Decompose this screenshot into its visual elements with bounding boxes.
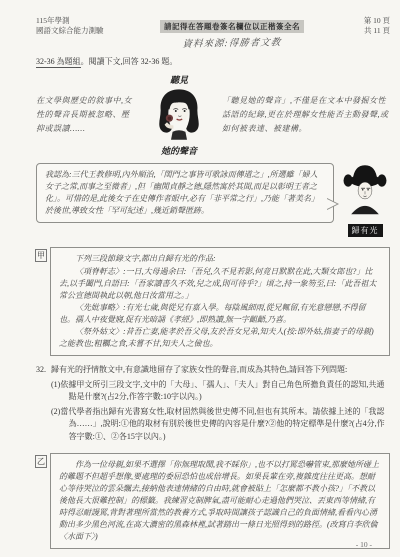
woman-illustration — [151, 87, 207, 143]
passage-jia-paragraph-2: 〈先妣事略〉:有光七歲,與從兄有嘉入學。每陰風細雨,從兄輒留,有光意戀戀,不得留… — [59, 302, 381, 326]
question-32-stem: 歸有光的抒情散文中,有意識地留存了家族女性的聲音,而成為其特色,請回答下列問題: — [51, 364, 390, 377]
guiyouguang-portrait-illustration — [342, 163, 388, 215]
current-page-label: 第 10 頁 — [332, 16, 390, 26]
passage-yi-text: 作為一位母親,如果不選擇「你無理取鬧,我不睬你」,也不以打罵恐嚇管束,那麼她所碰… — [59, 459, 381, 543]
speech-bubble-text: 我認為:三代王教修明,內外順治,「閨門之事皆可歌詠而傳道之」,所選雖「婦人女子之… — [45, 169, 325, 217]
total-page-label: 共 11 頁 — [332, 26, 390, 36]
group-instruction-rest: 。閱讀下文,回答 32-36 題。 — [81, 57, 178, 66]
exam-title-block: 115年學測 國語文綜合能力測驗 — [36, 16, 132, 36]
page-number-block: 第 10 頁 共 11 頁 — [332, 16, 390, 36]
group-range: 32-36 為題組 — [36, 57, 81, 68]
footer-page-number: - 10 - — [356, 540, 372, 549]
illustration-title-bottom: 她的聲音 — [146, 144, 212, 157]
passage-jia-intro: 下列三段節錄文字,都出自歸有光的作品: — [59, 253, 381, 265]
question-32-sub-1: (1)依據甲文所引三段文字,文中的「大母」、「孺人」、「夫人」對自己角色所擔負責… — [51, 379, 390, 404]
intro-section: 在文學與歷史的敘事中,女性的聲音長期被忽略、壓抑或誤讀…… 聽見 她的聲音 「聽… — [36, 73, 390, 157]
speech-bubble-tail — [327, 198, 345, 210]
speech-bubble: 我認為:三代王教修明,內外順治,「閨門之事皆可歌詠而傳道之」,所選雖「婦人女子之… — [36, 163, 334, 223]
handwritten-source-note: 資料來源:得勝者文教 — [131, 33, 333, 50]
question-32-number: 32. — [36, 364, 51, 445]
passage-jia-box: 下列三段節錄文字,都出自歸有光的作品: 〈項脊軒志〉:一日,大母過余曰:「吾兒,… — [50, 247, 390, 356]
exam-page: 115年學測 國語文綜合能力測驗 請記得在答題卷簽名欄位以正楷簽全名 資料來源:… — [0, 0, 400, 557]
exam-subject: 國語文綜合能力測驗 — [36, 26, 132, 36]
page-header: 115年學測 國語文綜合能力測驗 請記得在答題卷簽名欄位以正楷簽全名 資料來源:… — [36, 16, 390, 49]
intro-right-text: 「聽見她的聲音」,不僅是在文本中發掘女性話語的紀錄,更在於理解女性能否主動發聲,… — [222, 94, 390, 136]
exam-year: 115年學測 — [36, 16, 132, 26]
passage-yi-box: 作為一位母親,如果不選擇「你無理取鬧,我不睬你」,也不以打罵恐嚇管束,那麼她所碰… — [50, 453, 390, 549]
passage-yi-label: 乙 — [35, 455, 47, 468]
question-32-body: 歸有光的抒情散文中,有意識地留存了家族女性的聲音,而成為其特色,請回答下列問題:… — [51, 364, 390, 445]
question-32-sub-2: (2)當代學者指出歸有光書寫女性,取材固然與後世史傳不同,但也有其所本。請依據上… — [51, 406, 390, 444]
passage-jia-section: 甲 下列三段節錄文字,都出自歸有光的作品: 〈項脊軒志〉:一日,大母過余曰:「吾… — [50, 247, 390, 356]
passage-jia-paragraph-1: 〈項脊軒志〉:一日,大母過余曰:「吾兒,久不見若影,何竟日默默在此,大類女郎也?… — [59, 266, 381, 302]
passage-jia-label: 甲 — [35, 249, 47, 262]
question-32: 32. 歸有光的抒情散文中,有意識地留存了家族女性的聲音,而成為其特色,請回答下… — [36, 364, 390, 445]
intro-left-text: 在文學與歷史的敘事中,女性的聲音長期被忽略、壓抑或誤讀…… — [36, 94, 136, 136]
signature-reminder: 請記得在答題卷簽名欄位以正楷簽全名 — [160, 20, 304, 33]
passage-jia-paragraph-3: 〈祭外姑文〉:昔吾亡妻,能孝於吾父母,友於吾女兄弟,知夫人(按:即外姑,指妻子的… — [59, 326, 381, 350]
passage-yi-section: 乙 作為一位母親,如果不選擇「你無理取鬧,我不睬你」,也不以打罵恐嚇管束,那麼她… — [50, 453, 390, 549]
speaker-portrait-block: 歸有光 — [340, 163, 390, 238]
illustration-title-top: 聽見 — [146, 73, 212, 86]
header-center: 請記得在答題卷簽名欄位以正楷簽全名 資料來源:得勝者文教 — [132, 16, 332, 49]
speaker-name-label: 歸有光 — [348, 224, 383, 237]
author-statement-section: 我認為:三代王教修明,內外順治,「閨門之事皆可歌詠而傳道之」,所選雖「婦人女子之… — [36, 163, 390, 238]
question-group-instruction: 32-36 為題組。閱讀下文,回答 32-36 題。 — [36, 56, 390, 67]
illustration-block: 聽見 她的聲音 — [146, 73, 212, 157]
